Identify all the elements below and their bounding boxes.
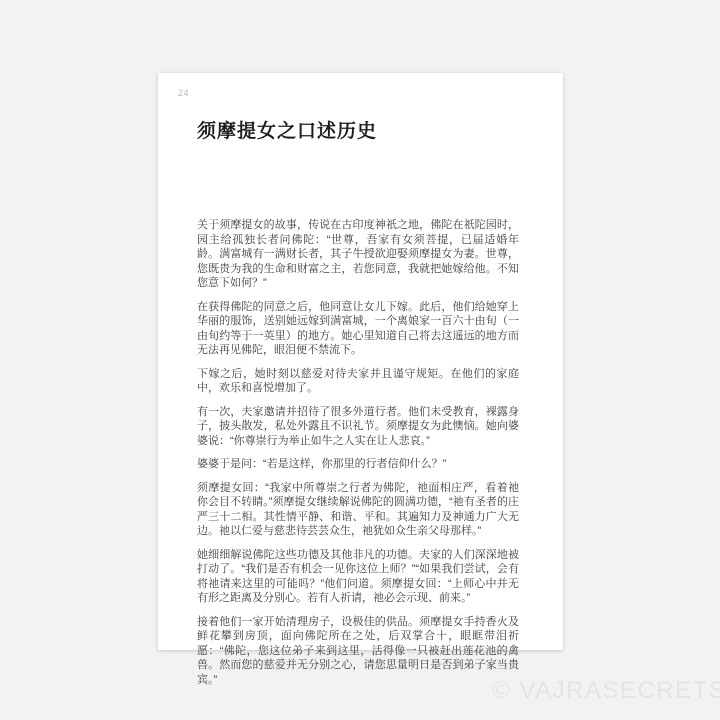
paragraph: 在获得佛陀的同意之后，他同意让女儿下嫁。此后，他们给她穿上华丽的服饰，送别她远嫁… xyxy=(197,300,519,358)
paragraph: 须摩提女回：“我家中所尊崇之行者为佛陀，祂面相庄严，看着祂你会目不转睛。”须摩提… xyxy=(197,481,519,539)
paragraph: 接着他们一家开始清理房子，设极佳的供品。须摩提女手持香火及鲜花攀到房顶，面向佛陀… xyxy=(197,615,519,688)
page-number: 24 xyxy=(178,88,189,98)
paragraph: 有一次，夫家邀请并招待了很多外道行者。他们未受教育，裸露身子，披头散发，私处外露… xyxy=(197,405,519,449)
body-text: 关于须摩提女的故事，传说在古印度神祇之地，佛陀在祇陀园时，园主给孤独长者问佛陀：… xyxy=(197,218,519,696)
copyright-watermark: © VAJRASECRETS xyxy=(492,677,720,705)
paragraph: 关于须摩提女的故事，传说在古印度神祇之地，佛陀在祇陀园时，园主给孤独长者问佛陀：… xyxy=(197,218,519,291)
paragraph: 她细细解说佛陀这些功德及其他非凡的功德。夫家的人们深深地被打动了。“我们是否有机… xyxy=(197,548,519,606)
chapter-title: 须摩提女之口述历史 xyxy=(197,116,377,143)
paragraph: 下嫁之后，她时刻以慈爱对待夫家并且谨守规矩。在他们的家庭中，欢乐和喜悦增加了。 xyxy=(197,367,519,396)
paragraph: 婆婆于是问：“若是这样，你那里的行者信仰什么？” xyxy=(197,457,519,472)
screenshot-root: { "page": { "number": "24", "title": "须摩… xyxy=(0,0,720,720)
document-page: 24 须摩提女之口述历史 关于须摩提女的故事，传说在古印度神祇之地，佛陀在祇陀园… xyxy=(158,73,563,650)
